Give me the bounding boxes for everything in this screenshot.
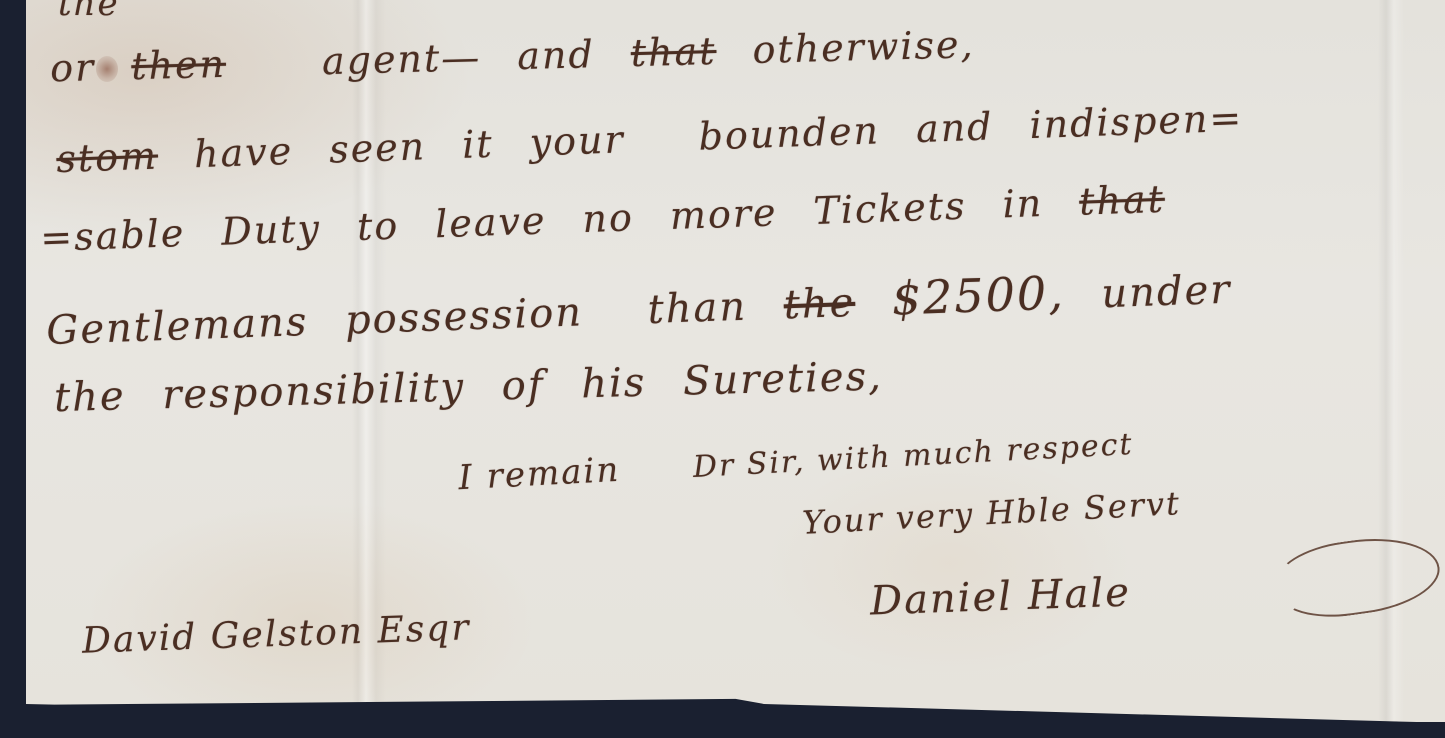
valediction: Your very Hble Servt: [801, 484, 1182, 542]
struck-word: that: [630, 29, 717, 75]
signature: Daniel Hale: [869, 569, 1131, 624]
letter-line-6: I remain Dr Sir, with much respect: [457, 422, 1156, 498]
word: than: [647, 284, 748, 333]
word: in: [1002, 181, 1044, 226]
letter-line-5: the responsibility of his Sureties,: [54, 353, 906, 421]
signature-flourish: [1272, 529, 1445, 625]
closing-respect: Dr Sir, with much respect: [692, 427, 1134, 485]
word: indispen=: [1029, 96, 1244, 147]
struck-word: then: [131, 42, 227, 88]
word: and: [517, 32, 596, 78]
word: leave: [434, 198, 547, 246]
word: bounden: [698, 108, 881, 158]
word: =sable: [40, 211, 186, 260]
letter-line-4: Gentlemans possession than the $2500, un…: [45, 259, 1254, 355]
word: or: [50, 45, 96, 90]
line-text: the: [58, 0, 120, 24]
letter-line-8: Daniel Hale: [869, 569, 1131, 624]
letter-line-0: the: [58, 0, 120, 24]
letter-line-7: Your very Hble Servt: [801, 484, 1182, 542]
word: your: [529, 117, 625, 164]
word: responsibility: [162, 364, 466, 418]
word: Sureties,: [682, 353, 883, 404]
word: it: [461, 122, 494, 167]
word: Tickets: [813, 184, 968, 233]
letter-line-1: or then agent— and that otherwise,: [50, 22, 997, 91]
word: seen: [328, 124, 426, 171]
word: possession: [344, 289, 584, 343]
word: no: [582, 195, 635, 241]
word: have: [193, 129, 294, 176]
word: agent—: [321, 35, 481, 83]
letter-line-9: David Gelston Esqr: [81, 607, 471, 662]
word: of: [501, 362, 545, 409]
word: the: [54, 373, 127, 421]
document-photo: the or then agent— and that otherwise, s…: [0, 0, 1445, 738]
struck-word: the: [783, 280, 856, 328]
word: his: [581, 360, 647, 408]
struck-word: that: [1078, 177, 1165, 224]
word: under: [1101, 267, 1232, 318]
letter-line-3: =sable Duty to leave no more Tickets in …: [40, 176, 1188, 260]
addressee: David Gelston Esqr: [81, 607, 471, 662]
closing-i-remain: I remain: [457, 450, 621, 498]
word: Duty: [221, 206, 322, 253]
struck-word: stom: [56, 134, 159, 182]
dollar-amount: $2500,: [891, 266, 1066, 326]
word: to: [356, 204, 400, 249]
word: Gentlemans: [46, 299, 309, 354]
word: and: [915, 104, 994, 151]
word: more: [669, 190, 778, 238]
letter-paper: the or then agent— and that otherwise, s…: [26, 0, 1445, 722]
letter-line-2: stom have seen it your bounden and indis…: [56, 95, 1266, 181]
word: otherwise,: [752, 22, 975, 72]
